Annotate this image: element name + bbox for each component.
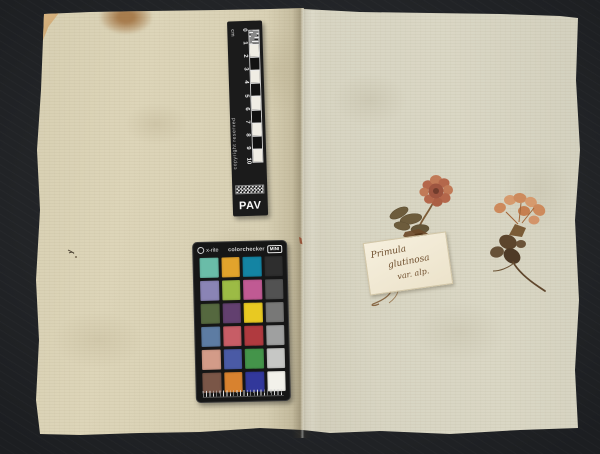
ruler-number: 4 bbox=[243, 77, 249, 87]
ruler-number: 0 bbox=[241, 25, 247, 35]
brown-stain bbox=[100, 0, 152, 34]
patch-light-skin bbox=[202, 350, 221, 370]
patch-cyan bbox=[242, 257, 261, 277]
ruler-cm-segment bbox=[252, 122, 261, 135]
photographic-scale-ruler: cm 012345678910 copyright reserved PAV bbox=[227, 20, 268, 216]
ruler-number: 3 bbox=[242, 64, 248, 74]
ruler-cm-segment bbox=[251, 70, 260, 83]
patch-orange-yellow bbox=[221, 257, 240, 277]
book-page-right bbox=[300, 8, 582, 440]
colorchecker-product: colorchecker bbox=[228, 246, 265, 253]
ruler-numbers: 012345678910 bbox=[227, 20, 262, 21]
ruler-unit-label: cm bbox=[229, 29, 235, 37]
ruler-cm-segment bbox=[250, 44, 259, 57]
ruler-cm-segment bbox=[251, 96, 260, 109]
ruler-number: 6 bbox=[244, 103, 250, 113]
patch-neutral-5 bbox=[265, 302, 284, 322]
patch-green bbox=[245, 348, 264, 368]
ruler-number: 7 bbox=[244, 117, 250, 127]
patch-yellow-green bbox=[221, 280, 240, 300]
ruler-cm-segment bbox=[250, 57, 259, 70]
herbarium-photo: cm 012345678910 copyright reserved PAV x… bbox=[0, 0, 600, 454]
colorchecker-header: x-rite colorchecker MINI bbox=[197, 243, 282, 256]
ruler-cm-segment bbox=[252, 109, 261, 122]
patch-magenta bbox=[243, 279, 262, 299]
xrite-logo-icon bbox=[197, 247, 204, 254]
colorchecker-brand: x-rite bbox=[206, 247, 218, 253]
patch-neutral-6-5 bbox=[266, 325, 285, 345]
paper-texture bbox=[300, 8, 582, 440]
ruler-number: 1 bbox=[242, 38, 248, 48]
colorchecker-grid bbox=[199, 256, 285, 393]
patch-yellow bbox=[244, 302, 263, 322]
corner-tear bbox=[32, 9, 62, 51]
ruler-cm-segment bbox=[253, 135, 262, 148]
patch-red bbox=[244, 325, 263, 345]
colorchecker-tick-strip bbox=[203, 389, 284, 398]
patch-bluish-green bbox=[199, 258, 218, 278]
patch-blue-sky bbox=[201, 327, 220, 347]
ruler-copyright-text: copyright reserved bbox=[229, 57, 239, 169]
ruler-cm-segment bbox=[251, 83, 260, 96]
patch-neutral-3-5 bbox=[264, 279, 283, 299]
ruler-number: 8 bbox=[244, 130, 250, 140]
paper-mottling bbox=[300, 8, 582, 440]
patch-black bbox=[264, 256, 283, 276]
ruler-cm-segment bbox=[253, 148, 262, 161]
patch-purple bbox=[222, 303, 241, 323]
patch-foliage bbox=[201, 304, 220, 324]
ruler-number: 2 bbox=[242, 51, 248, 61]
patch-blue-flower bbox=[200, 281, 219, 301]
ruler-checker-strip bbox=[235, 184, 264, 194]
ruler-cm-segment bbox=[249, 31, 258, 44]
colorchecker-badge: MINI bbox=[267, 244, 283, 252]
patch-purplish-blue bbox=[223, 349, 242, 369]
ruler-number: 5 bbox=[243, 90, 249, 100]
patch-moderate-red bbox=[223, 326, 242, 346]
ruler-number: 10 bbox=[245, 156, 251, 166]
herbarium-code-label: PAV bbox=[233, 199, 268, 212]
colorchecker-card: x-rite colorchecker MINI bbox=[192, 240, 291, 403]
ruler-number: 9 bbox=[245, 143, 251, 153]
patch-neutral-8 bbox=[266, 348, 285, 368]
